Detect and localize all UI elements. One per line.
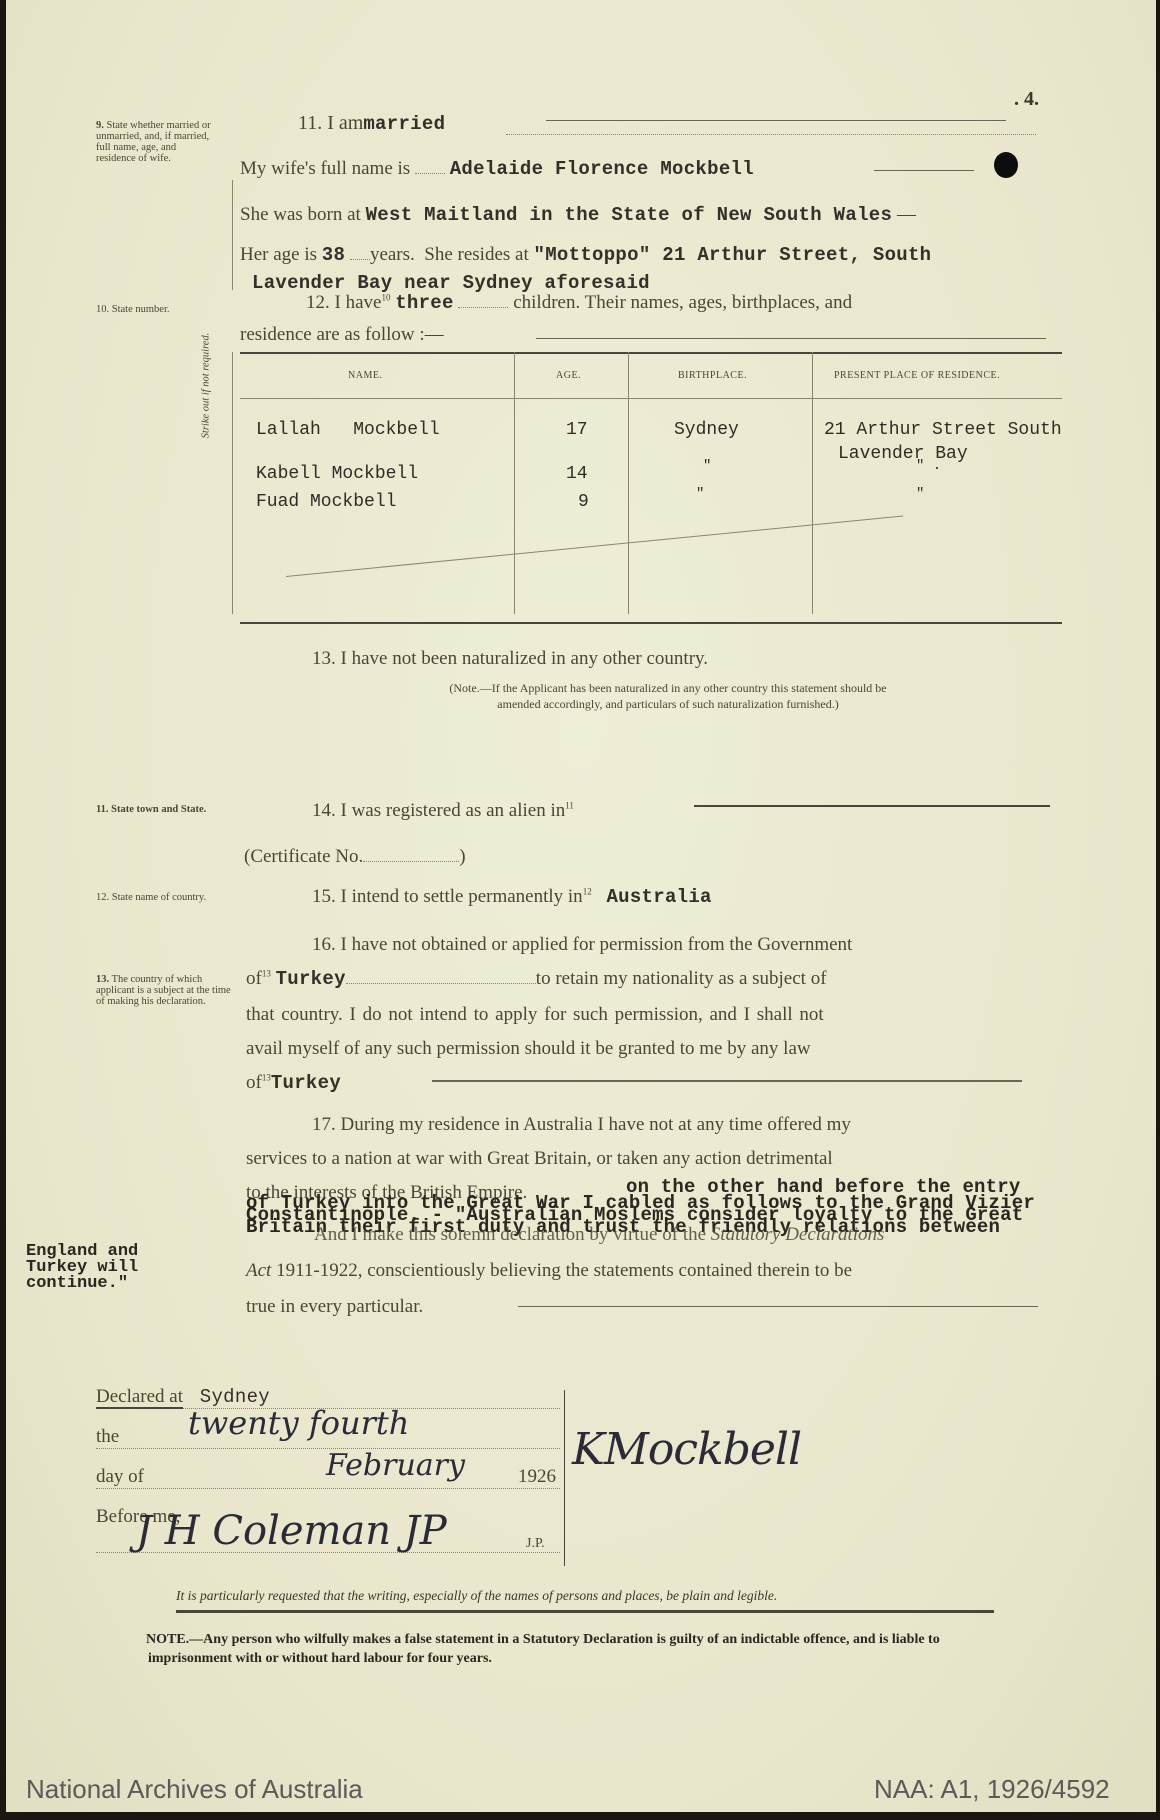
section-14-line: 14. I was registered as an alien in11 (312, 800, 574, 822)
strike-line (432, 1080, 1022, 1082)
typed-continuation: England and Turkey will continue." (26, 1244, 138, 1292)
age-residence-line: Her age is 38 years. She resides at "Mot… (240, 244, 931, 266)
jp-signature: J H Coleman JP (136, 1508, 447, 1554)
legal-note: NOTE.—Any person who wilfully makes a fa… (148, 1630, 1018, 1668)
children-count: three (395, 292, 454, 314)
section-17-line2: services to a nation at war with Great B… (246, 1148, 833, 1170)
wife-name-line: My wife's full name is Adelaide Florence… (240, 158, 754, 180)
declaration-line2: Act 1911-1922, conscientiously believing… (246, 1260, 852, 1282)
col-divider (812, 352, 813, 614)
header-name: Name. (348, 370, 382, 381)
col-divider (628, 352, 629, 614)
margin-note-12: 12. State name of country. (96, 892, 226, 903)
birthplace-line: She was born at West Maitland in the Sta… (240, 204, 916, 226)
law-country: Turkey (271, 1072, 341, 1094)
section-11-line: 11. I ammarried (298, 112, 445, 135)
month-handwritten: February (326, 1448, 465, 1483)
section-13-note: (Note.—If the Applicant has been natural… (328, 680, 1008, 712)
header-residence: Present Place of Residence. (834, 370, 1000, 381)
certificate-line: (Certificate No.) (244, 846, 466, 868)
table-top-rule (240, 352, 1062, 354)
settle-country: Australia (606, 886, 711, 908)
declaration-line3: true in every particular. (246, 1296, 423, 1318)
section-16-line1: 16. I have not obtained or applied for p… (312, 934, 852, 956)
col-divider (514, 352, 515, 614)
header-age: Age. (556, 370, 581, 381)
residence-follow-label: residence are as follow :— (240, 324, 444, 346)
strike-line (546, 120, 1006, 121)
section-13-text: 13. I have not been naturalized in any o… (312, 648, 708, 670)
table-border-left (232, 352, 233, 614)
section-15-line: 15. I intend to settle permanently in12 … (312, 886, 712, 908)
page-number: . 4. (1014, 88, 1039, 111)
margin-note-13: 13. The country of which applicant is a … (96, 974, 234, 1007)
strike-line (694, 805, 1050, 807)
document-page: . 4. 9. State whether married or unmarri… (6, 0, 1156, 1812)
table-diagonal-strike (286, 515, 903, 576)
jp-label: J.P. (526, 1536, 545, 1552)
ink-blot (994, 152, 1018, 178)
day-handwritten: twenty fourth (188, 1404, 409, 1442)
declaration-block: Declared at Sydney the twenty fourth day… (96, 1386, 566, 1566)
wife-residence-2: Lavender Bay near Sydney aforesaid (252, 272, 650, 294)
marital-status: married (363, 113, 445, 135)
margin-note-10: 10. State number. (96, 304, 170, 315)
section-12-line: 12. I have10 three children. Their names… (306, 292, 852, 314)
margin-note-9: 9. State whether married or unmarried, a… (96, 120, 216, 164)
wife-residence-1: "Mottoppo" 21 Arthur Street, South (534, 244, 932, 266)
request-rule (176, 1610, 994, 1613)
wife-name: Adelaide Florence Mockbell (450, 158, 754, 180)
section-17-line1: 17. During my residence in Australia I h… (312, 1114, 851, 1136)
legibility-request: It is particularly requested that the wr… (176, 1588, 777, 1604)
dotted-rule (506, 134, 1036, 135)
declaration-line1: And I make this solemn declaration by vi… (314, 1224, 884, 1246)
margin-bracket (232, 180, 233, 290)
applicant-signature: KMockbell (572, 1424, 801, 1475)
divider (536, 338, 1046, 339)
strike-out-note: Strike out if not required. (201, 306, 212, 466)
margin-note-11: 11. State town and State. (96, 804, 226, 815)
section-16-line4: avail myself of any such permission shou… (246, 1038, 811, 1060)
archive-name: National Archives of Australia (26, 1774, 363, 1805)
nationality-country: Turkey (276, 968, 346, 990)
wife-birthplace: West Maitland in the State of New South … (366, 204, 893, 226)
table-bottom-rule (240, 622, 1062, 624)
section-16-line5: of13Turkey (246, 1072, 341, 1094)
header-birthplace: Birthplace. (678, 370, 747, 381)
section-16-line2: of13 Turkeyto retain my nationality as a… (246, 968, 827, 990)
archive-reference: NAA: A1, 1926/4592 (874, 1774, 1110, 1805)
section-16-line3: that country. I do not intend to apply f… (246, 1004, 824, 1026)
header-rule (240, 398, 1062, 399)
wife-age: 38 (322, 244, 345, 266)
strike-line (874, 170, 974, 171)
end-rule (518, 1306, 1038, 1307)
declaration-bracket (564, 1390, 565, 1566)
